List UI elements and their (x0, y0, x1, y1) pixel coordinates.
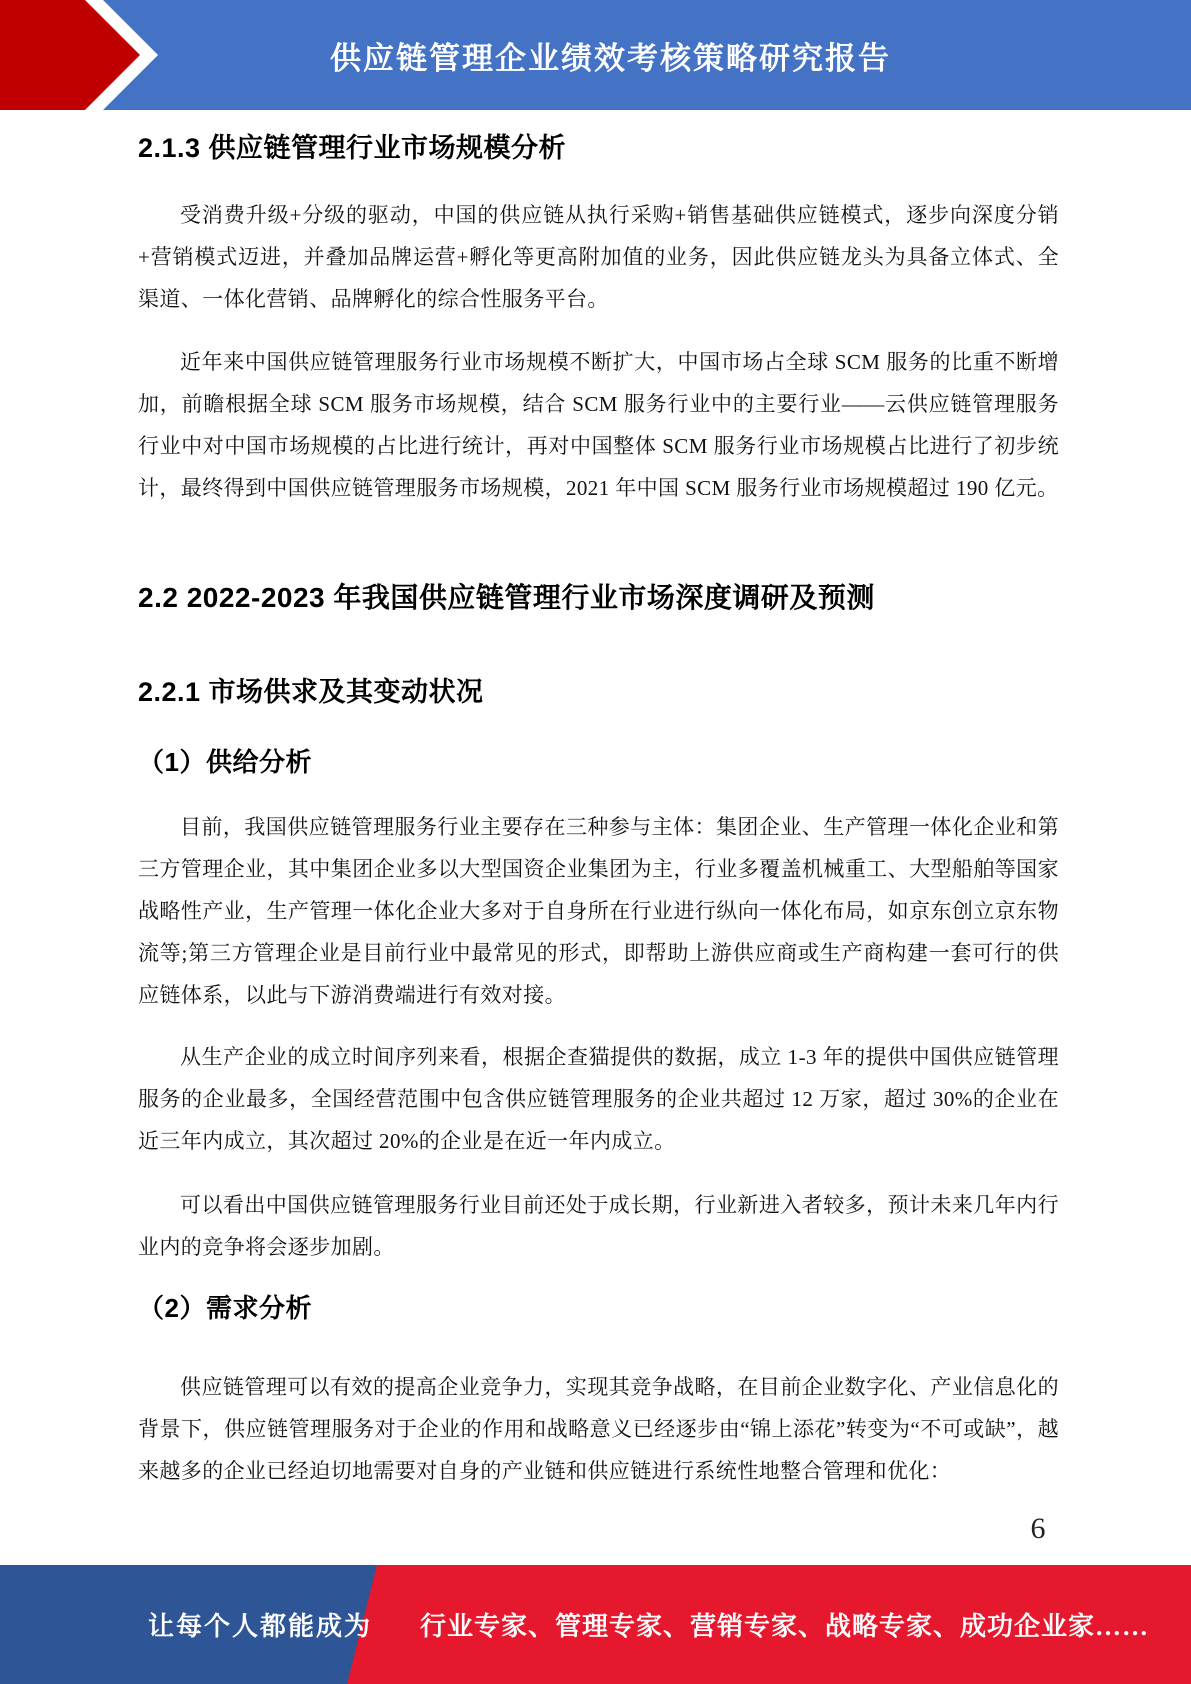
footer-banner: 让每个人都能成为 行业专家、管理专家、营销专家、战略专家、成功企业家…… (0, 1565, 1191, 1684)
header-banner: 供应链管理企业绩效考核策略研究报告 (0, 0, 1191, 110)
report-title: 供应链管理企业绩效考核策略研究报告 (0, 0, 1191, 110)
footer-slogan-right: 行业专家、管理专家、营销专家、战略专家、成功企业家…… (420, 1565, 1149, 1684)
heading-2-1-3: 2.1.3 供应链管理行业市场规模分析 (138, 126, 1068, 165)
paragraph-supply-growth-stage: 可以看出中国供应链管理服务行业目前还处于成长期，行业新进入者较多，预计未来几年内… (138, 1184, 1059, 1268)
paragraph-market-scale-intro: 受消费升级+分级的驱动，中国的供应链从执行采购+销售基础供应链模式，逐步向深度分… (138, 194, 1059, 320)
heading-2-2: 2.2 2022-2023 年我国供应链管理行业市场深度调研及预测 (138, 576, 1068, 616)
paragraph-supply-participants: 目前，我国供应链管理服务行业主要存在三种参与主体：集团企业、生产管理一体化企业和… (138, 806, 1059, 1016)
paragraph-market-scale-data: 近年来中国供应链管理服务行业市场规模不断扩大，中国市场占全球 SCM 服务的比重… (138, 341, 1059, 509)
paragraph-supply-founding-time: 从生产企业的成立时间序列来看，根据企查猫提供的数据，成立 1-3 年的提供中国供… (138, 1036, 1059, 1162)
page-number: 6 (1008, 1512, 1068, 1546)
paragraph-demand-intro: 供应链管理可以有效的提高企业竞争力，实现其竞争战略，在目前企业数字化、产业信息化… (138, 1366, 1059, 1492)
report-page: 供应链管理企业绩效考核策略研究报告 2.1.3 供应链管理行业市场规模分析 受消… (0, 0, 1191, 1684)
footer-slogan-left: 让每个人都能成为 (148, 1565, 372, 1684)
heading-demand-analysis: （2）需求分析 (138, 1288, 1068, 1325)
heading-supply-analysis: （1）供给分析 (138, 742, 1068, 779)
heading-2-2-1: 2.2.1 市场供求及其变动状况 (138, 670, 1068, 709)
